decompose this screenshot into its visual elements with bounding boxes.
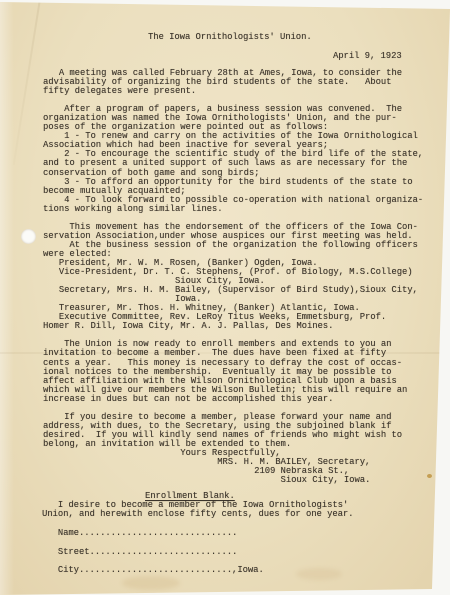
- document-date: April 9, 1923: [333, 52, 402, 61]
- enrollment-form-fields: Name.............................. Stree…: [42, 524, 264, 580]
- paper-crease-top-left: [13, 0, 42, 165]
- document-title: The Iowa Ornithologists' Union.: [148, 33, 312, 42]
- paper-stain: [296, 568, 342, 580]
- punch-hole: [21, 229, 36, 244]
- enrollment-intro-text: I desire to become a member of the Iowa …: [42, 501, 353, 519]
- document-body-text: A meeting was called February 28th at Am…: [43, 69, 423, 485]
- paper-speck: [427, 474, 432, 478]
- scanned-paper: The Iowa Ornithologists' Union. April 9,…: [0, 0, 450, 595]
